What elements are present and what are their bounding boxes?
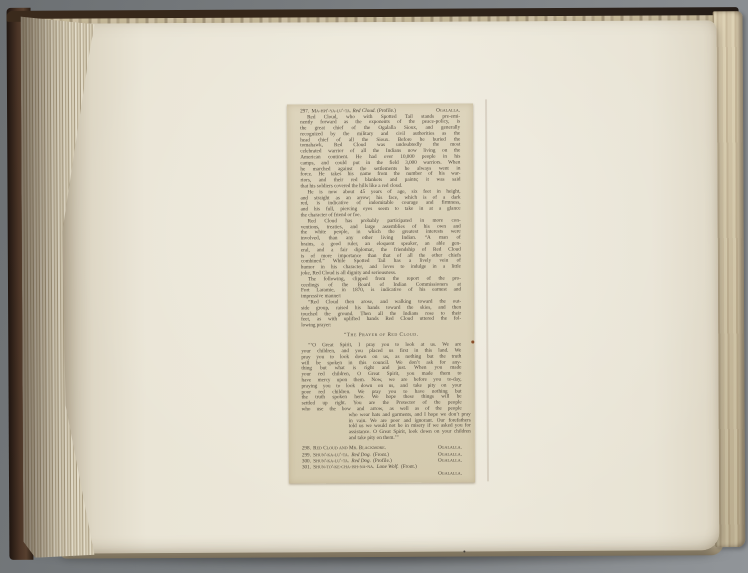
foxing-speck bbox=[463, 551, 465, 553]
album-page: 297. Ma-hpi'-ya-lu'-ta. Red Cloud. (Prof… bbox=[59, 20, 720, 553]
paragraph-3: Red Cloud has probably participated in m… bbox=[301, 218, 461, 277]
paragraph-1: Red Cloud, who with Spotted Tail stands … bbox=[300, 114, 460, 190]
pasted-clipping: 297. Ma-hpi'-ya-lu'-ta. Red Cloud. (Prof… bbox=[287, 103, 475, 483]
text-line: lowing prayer: bbox=[301, 323, 461, 330]
paragraph-6-continued: who wear hats and garments, and I hope w… bbox=[349, 412, 471, 442]
book: 297. Ma-hpi'-ya-lu'-ta. Red Cloud. (Prof… bbox=[0, 0, 748, 573]
paragraph-5: “Red Cloud then arose, and walking towar… bbox=[301, 300, 461, 330]
entry-left: 301. Shun-to'-ke-cha-ish-na-na. Lone Wol… bbox=[302, 464, 417, 471]
entry-native-name: Shun'-ka-lu'-ta. bbox=[313, 452, 349, 458]
paragraph-4: The following, clipped from the report o… bbox=[301, 276, 461, 300]
catalog-entries: 298. Red Cloud and Mr. Blackmore. Ogalal… bbox=[302, 445, 462, 477]
paragraph-2: He is now about 45 years of age, six fee… bbox=[300, 189, 460, 219]
entry-native-name: Shun-to'-ke-cha-ish-na-na. bbox=[313, 464, 374, 470]
entry-tribe: Ogalalla. bbox=[438, 457, 462, 463]
entry-number: 299. bbox=[302, 452, 311, 458]
entry-view: (Front.) bbox=[373, 452, 389, 458]
foxing-speck bbox=[471, 340, 474, 343]
photo-backdrop: 297. Ma-hpi'-ya-lu'-ta. Red Cloud. (Prof… bbox=[0, 0, 748, 573]
text-line: and take pity on them.’” bbox=[349, 436, 471, 442]
paragraph-6: “‘O Great Spirit, I pray you to look at … bbox=[301, 343, 461, 413]
page-impression-line bbox=[485, 99, 489, 481]
entry-number: 301. bbox=[302, 465, 311, 471]
prayer-heading: “The Prayer of Red Cloud. bbox=[301, 333, 461, 340]
entry-view: (Front.) bbox=[401, 464, 417, 470]
entry-tribe: Ogalalla. bbox=[302, 470, 462, 477]
catalog-entry-301: 301. Shun-to'-ke-cha-ish-na-na. Lone Wol… bbox=[302, 464, 462, 477]
entry-number: 298. bbox=[302, 446, 311, 452]
entry-english-name: Lone Wolf. bbox=[377, 464, 399, 470]
entry-english-name: Red Dog. bbox=[351, 452, 370, 458]
